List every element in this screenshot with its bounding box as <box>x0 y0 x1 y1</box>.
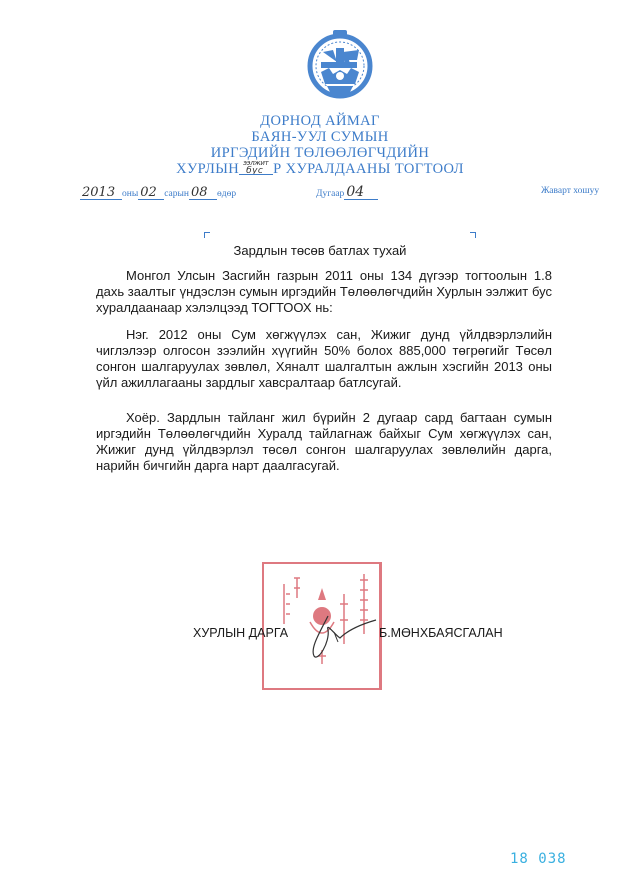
header-council: ИРГЭДИЙН ТӨЛӨӨЛӨГЧДИЙН <box>0 145 640 161</box>
subject-bracket-left <box>204 232 210 238</box>
handwritten-signature-icon <box>300 612 380 662</box>
paragraph-one: Нэг. 2012 оны Сум хөгжүүлэх сан, Жижиг д… <box>96 327 552 391</box>
date-year: 2013 <box>80 186 122 200</box>
header-resolution-prefix: ХУРЛЫН <box>176 161 239 177</box>
year-label: оны <box>122 189 138 199</box>
subject-title: Зардлын төсөв батлах тухай <box>0 243 640 258</box>
signatory-name: Б.МӨНХБАЯСГАЛАН <box>379 626 503 640</box>
date-day: 08 <box>189 186 217 200</box>
header-sum: БАЯН-УУЛ СУМЫН <box>0 129 640 145</box>
number-label: Дугаар <box>316 189 344 199</box>
state-emblem-icon <box>303 26 377 100</box>
reply-location: Жаварт хошуу <box>541 186 599 196</box>
document-date: 2013оны02сарын08өдөр <box>80 186 236 200</box>
header-aimag: ДОРНОД АЙМАГ <box>0 113 640 129</box>
header-resolution-suffix: Р ХУРАЛДААНЫ ТОГТООЛ <box>273 161 464 177</box>
day-label: өдөр <box>217 189 236 199</box>
document-number: Дугаар04 <box>316 186 378 200</box>
paragraph-two: Хоёр. Зардлын тайланг жил бүрийн 2 дугаа… <box>96 410 552 474</box>
handwritten-session-type: ээлжитбус <box>239 161 273 177</box>
month-label: сарын <box>164 189 189 199</box>
registration-number: 18 038 <box>510 851 567 867</box>
number-value: 04 <box>344 186 378 200</box>
subject-bracket-right <box>470 232 476 238</box>
date-month: 02 <box>138 186 164 200</box>
signatory-title: ХУРЛЫН ДАРГА <box>193 626 288 640</box>
paragraph-preamble: Монгол Улсын Засгийн газрын 2011 оны 134… <box>96 268 552 316</box>
